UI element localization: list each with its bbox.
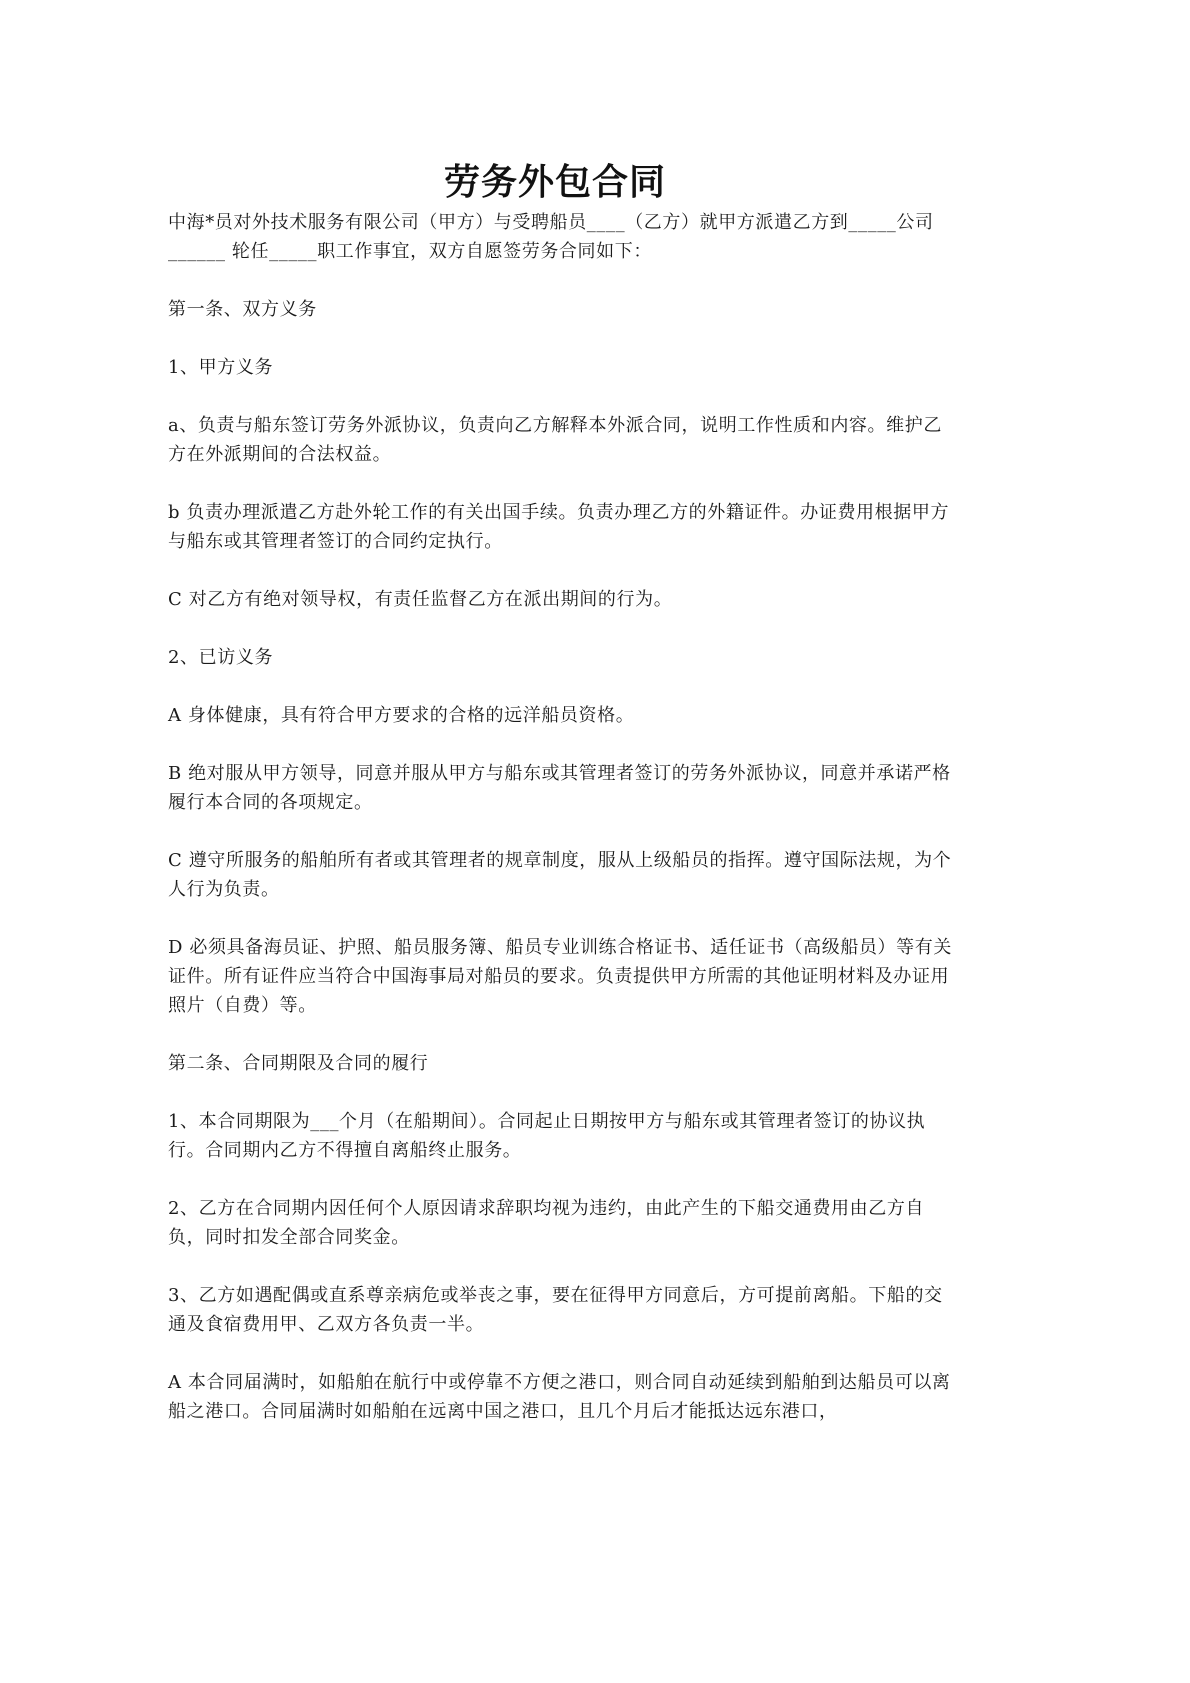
article-2-clause-a: A 本合同届满时，如船舶在航行中或停靠不方便之港口，则合同自动延续到船舶到达船员… bbox=[168, 1368, 958, 1426]
party-a-duties-heading: 1、甲方义务 bbox=[168, 353, 958, 382]
party-b-duties-heading: 2、已访义务 bbox=[168, 643, 958, 672]
document-title: 劳务外包合同 bbox=[0, 154, 1110, 205]
article-2-clause-1: 1、本合同期限为___个月（在船期间）。合同起止日期按甲方与船东或其管理者签订的… bbox=[168, 1107, 958, 1165]
party-b-duty-b: B 绝对服从甲方领导，同意并服从甲方与船东或其管理者签订的劳务外派协议，同意并承… bbox=[168, 759, 958, 817]
party-a-duty-a: a、负责与船东签订劳务外派协议，负责向乙方解释本外派合同，说明工作性质和内容。维… bbox=[168, 411, 958, 469]
article-1-heading: 第一条、双方义务 bbox=[168, 295, 958, 324]
document-page: 劳务外包合同 中海*员对外技术服务有限公司（甲方）与受聘船员____（乙方）就甲… bbox=[0, 0, 1190, 1683]
article-2-clause-3: 3、乙方如遇配偶或直系尊亲病危或举丧之事，要在征得甲方同意后，方可提前离船。下船… bbox=[168, 1281, 958, 1339]
party-a-duty-b: b 负责办理派遣乙方赴外轮工作的有关出国手续。负责办理乙方的外籍证件。办证费用根… bbox=[168, 498, 958, 556]
party-b-duty-c: C 遵守所服务的船舶所有者或其管理者的规章制度，服从上级船员的指挥。遵守国际法规… bbox=[168, 846, 958, 904]
document-body: 中海*员对外技术服务有限公司（甲方）与受聘船员____（乙方）就甲方派遣乙方到_… bbox=[168, 208, 958, 1455]
article-2-heading: 第二条、合同期限及合同的履行 bbox=[168, 1049, 958, 1078]
party-b-duty-d: D 必须具备海员证、护照、船员服务簿、船员专业训练合格证书、适任证书（高级船员）… bbox=[168, 933, 958, 1020]
party-b-duty-a: A 身体健康，具有符合甲方要求的合格的远洋船员资格。 bbox=[168, 701, 958, 730]
article-2-clause-2: 2、乙方在合同期内因任何个人原因请求辞职均视为违约，由此产生的下船交通费用由乙方… bbox=[168, 1194, 958, 1252]
intro-paragraph: 中海*员对外技术服务有限公司（甲方）与受聘船员____（乙方）就甲方派遣乙方到_… bbox=[168, 208, 958, 266]
party-a-duty-c: C 对乙方有绝对领导权，有责任监督乙方在派出期间的行为。 bbox=[168, 585, 958, 614]
